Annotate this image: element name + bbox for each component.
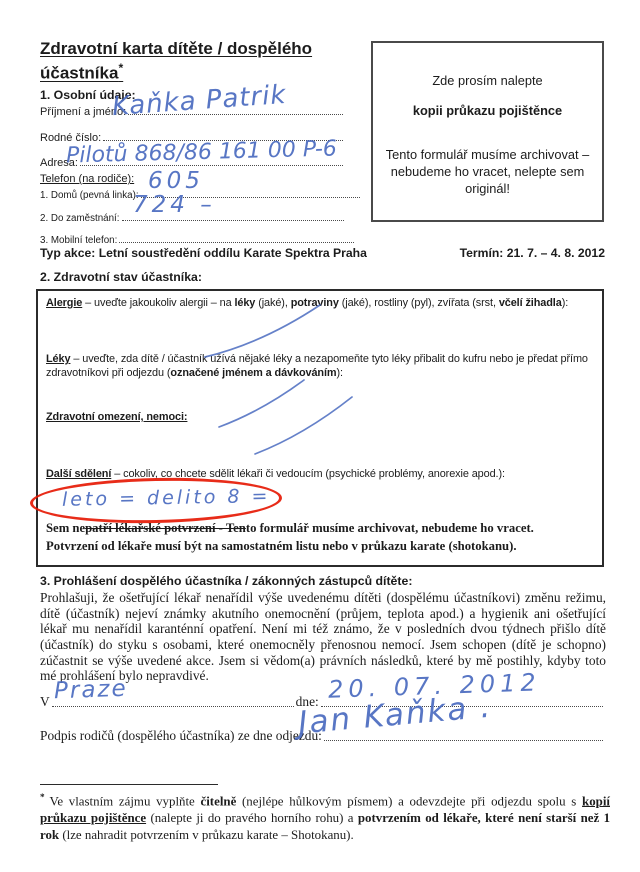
scanned-health-form-page: Zdravotní karta dítěte / dospělého účast… — [0, 0, 640, 872]
field-phone-mobile: 3. Mobilní telefon: — [40, 232, 356, 246]
field-phone-home-label: 1. Domů (pevná linka): — [40, 190, 139, 201]
medication-line: Léky – uveďte, zda dítě / účastník užívá… — [46, 352, 598, 380]
dotted-line — [119, 240, 354, 243]
handwriting-place: Praze — [54, 676, 129, 705]
archive-note-line2: Potvrzení od lékaře musí být na samostat… — [46, 539, 517, 554]
field-phone-mobile-label: 3. Mobilní telefon: — [40, 235, 117, 246]
signature-label: Podpis rodičů (dospělého účastníka) ze d… — [40, 728, 322, 744]
action-row: Typ akce: Letní soustředění oddílu Karat… — [40, 246, 605, 260]
footnote-divider — [40, 784, 218, 785]
section2-heading: 2. Zdravotní stav účastníka: — [40, 270, 202, 284]
health-status-box: Alergie – uveďte jakoukoliv alergii – na… — [36, 289, 604, 567]
field-phone-work-label: 2. Do zaměstnání: — [40, 213, 120, 224]
dotted-line — [122, 218, 344, 221]
allergies-line: Alergie – uveďte jakoukoliv alergii – na… — [46, 296, 598, 310]
handwriting-phone-home: 605 — [148, 168, 204, 194]
action-term: Termín: 21. 7. – 4. 8. 2012 — [460, 246, 605, 260]
paste-box-line3: Tento formulář musíme archivovat – nebud… — [383, 147, 592, 198]
paste-box-line2: kopii průkazu pojištěnce — [383, 103, 592, 120]
action-type: Typ akce: Letní soustředění oddílu Karat… — [40, 246, 367, 260]
phone-heading: Telefon (na rodiče): — [40, 173, 134, 185]
dotted-line — [52, 704, 294, 707]
place-label: V — [40, 694, 50, 710]
footnote-text: * Ve vlastním zájmu vyplňte čitelně (nej… — [40, 792, 610, 844]
handwriting-phone-work: 724 – — [133, 192, 216, 218]
insurance-card-paste-box: Zde prosím nalepte kopii průkazu pojiště… — [371, 41, 604, 222]
paste-box-line1: Zde prosím nalepte — [383, 73, 592, 90]
form-title: Zdravotní karta dítěte / dospělého účast… — [40, 38, 375, 86]
section3-heading: 3. Prohlášení dospělého účastníka / záko… — [40, 574, 412, 588]
archive-note-line1: Sem nepatří lékařské potvrzení - Tento f… — [46, 521, 534, 536]
limitations-line: Zdravotní omezení, nemoci: — [46, 410, 598, 424]
dotted-line — [324, 738, 603, 741]
